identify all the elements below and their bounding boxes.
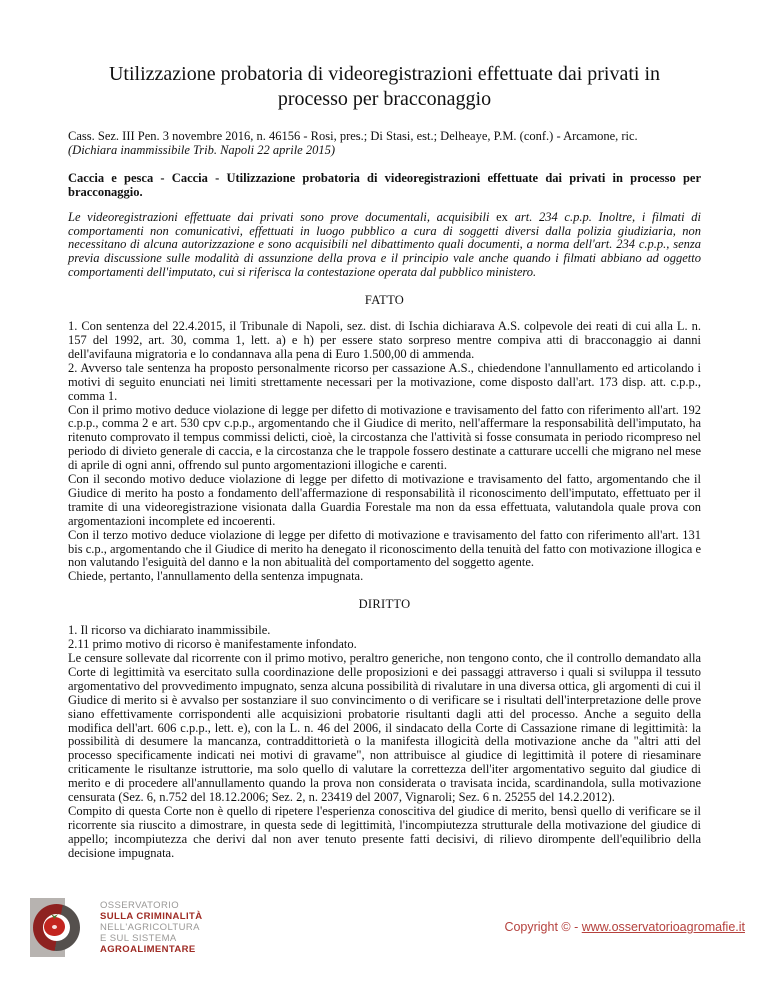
fatto-paragraph: 1. Con sentenza del 22.4.2015, il Tribun… [68, 320, 701, 362]
fatto-paragraph: Con il terzo motivo deduce violazione di… [68, 529, 701, 571]
tomato-icon [44, 917, 65, 936]
abstract-lead: Le videoregistrazioni effettuate dai pri… [68, 210, 496, 224]
diritto-paragraph: 1. Il ricorso va dichiarato inammissibil… [68, 624, 701, 638]
abstract-text: Le videoregistrazioni effettuate dai pri… [68, 211, 701, 281]
diritto-heading: DIRITTO [68, 598, 701, 612]
fatto-paragraph: Chiede, pertanto, l'annullamento della s… [68, 570, 701, 584]
diritto-paragraph: Compito di questa Corte non è quello di … [68, 805, 701, 861]
logo-text-line: E SUL SISTEMA [100, 933, 203, 944]
fatto-paragraph: Con il secondo motivo deduce violazione … [68, 473, 701, 529]
observatory-logo: OSSERVATORIO SULLA CRIMINALITÀ NELL'AGRI… [30, 898, 203, 957]
case-citation: Cass. Sez. III Pen. 3 novembre 2016, n. … [68, 130, 701, 144]
logo-text-line: AGROALIMENTARE [100, 944, 203, 955]
logo-text-line: SULLA CRIMINALITÀ [100, 911, 203, 922]
keywords-heading: Caccia e pesca - Caccia - Utilizzazione … [68, 172, 701, 200]
abstract-latin-term: ex [496, 210, 508, 224]
page-title: Utilizzazione probatoria di videoregistr… [78, 62, 691, 112]
diritto-paragraph: 2.11 primo motivo di ricorso è manifesta… [68, 638, 701, 652]
diritto-section: DIRITTO 1. Il ricorso va dichiarato inam… [68, 598, 701, 860]
logo-text-line: OSSERVATORIO [100, 900, 203, 911]
fatto-heading: FATTO [68, 294, 701, 308]
logo-text-line: NELL'AGRICOLTURA [100, 922, 203, 933]
fatto-paragraph: Con il primo motivo deduce violazione di… [68, 404, 701, 474]
diritto-body: 1. Il ricorso va dichiarato inammissibil… [68, 624, 701, 860]
document-content: Utilizzazione probatoria di videoregistr… [68, 0, 701, 861]
case-citation-note: (Dichiara inammissibile Trib. Napoli 22 … [68, 144, 701, 158]
copyright-prefix: Copyright © - [504, 920, 581, 934]
fatto-paragraph: 2. Avverso tale sentenza ha proposto per… [68, 362, 701, 404]
case-citation-block: Cass. Sez. III Pen. 3 novembre 2016, n. … [68, 130, 701, 158]
fatto-section: FATTO 1. Con sentenza del 22.4.2015, il … [68, 294, 701, 584]
observatory-logo-icon [30, 898, 89, 957]
diritto-paragraph: Le censure sollevate dal ricorrente con … [68, 652, 701, 805]
copyright-link[interactable]: www.osservatorioagromafie.it [582, 920, 745, 934]
copyright-text: Copyright © - www.osservatorioagromafie.… [504, 920, 745, 934]
observatory-logo-text: OSSERVATORIO SULLA CRIMINALITÀ NELL'AGRI… [100, 900, 203, 955]
fatto-body: 1. Con sentenza del 22.4.2015, il Tribun… [68, 320, 701, 584]
document-page: { "title": "Utilizzazione probatoria di … [0, 0, 768, 994]
